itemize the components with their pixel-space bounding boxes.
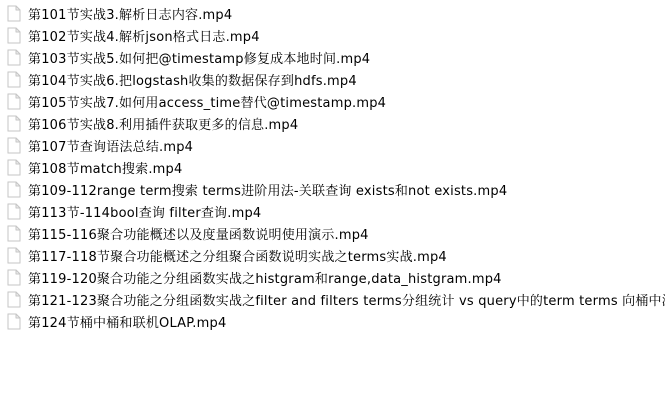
blank-document-icon (7, 203, 21, 220)
file-name: 第109-112range term搜索 terms进阶用法-关联查询 exis… (28, 180, 507, 199)
blank-document-icon (7, 137, 21, 154)
file-list-item[interactable]: 第119-120聚合功能之分组函数实战之histgram和range,data_… (0, 266, 665, 288)
blank-document-icon (7, 71, 21, 88)
blank-document-icon (7, 5, 21, 22)
file-name: 第101节实战3.解析日志内容.mp4 (28, 4, 232, 23)
file-list-item[interactable]: 第106节实战8.利用插件获取更多的信息.mp4 (0, 112, 665, 134)
blank-document-icon (7, 27, 21, 44)
blank-document-icon (7, 159, 21, 176)
file-list-item[interactable]: 第103节实战5.如何把@timestamp修复成本地时间.mp4 (0, 46, 665, 68)
file-list-item[interactable]: 第102节实战4.解析json格式日志.mp4 (0, 24, 665, 46)
blank-document-icon (7, 93, 21, 110)
file-name: 第121-123聚合功能之分组函数实战之filter and filters t… (28, 290, 665, 309)
file-list-item[interactable]: 第124节桶中桶和联机OLAP.mp4 (0, 310, 665, 332)
blank-document-icon (7, 269, 21, 286)
file-name: 第105节实战7.如何用access_time替代@timestamp.mp4 (28, 92, 386, 111)
file-name: 第103节实战5.如何把@timestamp修复成本地时间.mp4 (28, 48, 370, 67)
file-name: 第108节match搜索.mp4 (28, 158, 182, 177)
blank-document-icon (7, 247, 21, 264)
file-list-item[interactable]: 第109-112range term搜索 terms进阶用法-关联查询 exis… (0, 178, 665, 200)
file-list-item[interactable]: 第115-116聚合功能概述以及度量函数说明使用演示.mp4 (0, 222, 665, 244)
blank-document-icon (7, 225, 21, 242)
file-name: 第102节实战4.解析json格式日志.mp4 (28, 26, 260, 45)
file-name: 第117-118节聚合功能概述之分组聚合函数说明实战之terms实战.mp4 (28, 246, 447, 265)
file-name: 第107节查询语法总结.mp4 (28, 136, 193, 155)
file-list: 第101节实战3.解析日志内容.mp4 第102节实战4.解析json格式日志.… (0, 0, 665, 332)
file-list-item[interactable]: 第121-123聚合功能之分组函数实战之filter and filters t… (0, 288, 665, 310)
blank-document-icon (7, 115, 21, 132)
file-list-item[interactable]: 第101节实战3.解析日志内容.mp4 (0, 2, 665, 24)
file-name: 第115-116聚合功能概述以及度量函数说明使用演示.mp4 (28, 224, 369, 243)
blank-document-icon (7, 49, 21, 66)
file-name: 第124节桶中桶和联机OLAP.mp4 (28, 312, 226, 331)
file-list-item[interactable]: 第105节实战7.如何用access_time替代@timestamp.mp4 (0, 90, 665, 112)
file-name: 第106节实战8.利用插件获取更多的信息.mp4 (28, 114, 298, 133)
blank-document-icon (7, 291, 21, 308)
blank-document-icon (7, 181, 21, 198)
file-name: 第113节-114bool查询 filter查询.mp4 (28, 202, 261, 221)
file-list-item[interactable]: 第117-118节聚合功能概述之分组聚合函数说明实战之terms实战.mp4 (0, 244, 665, 266)
blank-document-icon (7, 313, 21, 330)
file-list-item[interactable]: 第104节实战6.把logstash收集的数据保存到hdfs.mp4 (0, 68, 665, 90)
file-list-item[interactable]: 第113节-114bool查询 filter查询.mp4 (0, 200, 665, 222)
file-list-item[interactable]: 第108节match搜索.mp4 (0, 156, 665, 178)
file-name: 第104节实战6.把logstash收集的数据保存到hdfs.mp4 (28, 70, 357, 89)
file-list-item[interactable]: 第107节查询语法总结.mp4 (0, 134, 665, 156)
file-name: 第119-120聚合功能之分组函数实战之histgram和range,data_… (28, 268, 502, 287)
